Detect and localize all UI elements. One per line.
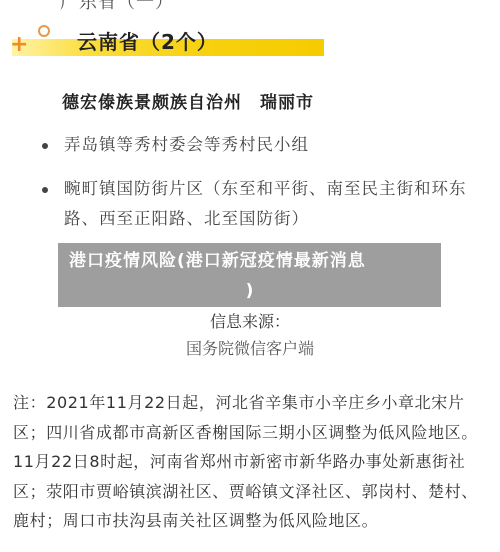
- overlay-title-line1: 港口疫情风险(港口新冠疫情最新消息: [58, 243, 441, 276]
- list-item: 弄岛镇等秀村委会等秀村民小组: [38, 130, 488, 160]
- list-item-text: 畹町镇国防街片区（东至和平街、南至民主街和环东路、西至正阳路、北至国防街）: [64, 179, 467, 228]
- source-label: 信息来源：: [0, 309, 500, 332]
- cut-off-heading-fragment: 广东省（一）: [60, 0, 174, 14]
- risk-area-list: 弄岛镇等秀村委会等秀村民小组 畹町镇国防街片区（东至和平街、南至民主街和环东路、…: [38, 130, 488, 248]
- overlay-title-line2: ): [58, 276, 441, 306]
- province-heading: + 云南省（2个）: [0, 22, 340, 62]
- circle-icon: [38, 25, 50, 37]
- city-title: 德宏傣族景颇族自治州 瑞丽市: [62, 88, 314, 113]
- plus-icon: +: [10, 34, 28, 56]
- bullet-icon: [42, 143, 48, 149]
- note-paragraph: 注：2021年11月22日起，河北省辛集市小辛庄乡小章北宋片区；四川省成都市高新…: [13, 388, 493, 536]
- list-item: 畹町镇国防街片区（东至和平街、南至民主街和环东路、西至正阳路、北至国防街）: [38, 174, 488, 234]
- article-title-overlay[interactable]: 港口疫情风险(港口新冠疫情最新消息 ): [58, 243, 441, 307]
- list-item-text: 弄岛镇等秀村委会等秀村民小组: [64, 135, 309, 154]
- province-title: 云南省（2个）: [77, 26, 218, 55]
- bullet-icon: [42, 187, 48, 193]
- source-value: 国务院微信客户端: [0, 336, 500, 359]
